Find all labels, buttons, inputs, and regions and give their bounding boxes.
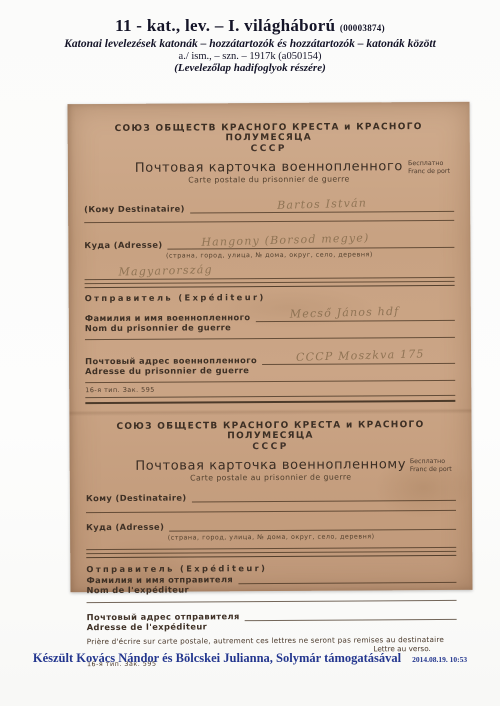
sender-address-label-fr: Adresse du prisonnier de guerre — [85, 364, 455, 376]
addressee-row: (Кому Destinataire) Bartos István — [84, 192, 454, 214]
sender-address-row: Почтовый адрес военнопленного CCCP Moszk… — [85, 344, 455, 366]
sender-address-line: CCCP Moszkva 175 — [262, 344, 455, 365]
blank-line — [85, 337, 455, 340]
page-title: 11 - kat., lev. – I. világháború (000038… — [0, 16, 500, 36]
country-handwriting: Magyarország — [84, 263, 213, 279]
card2-title: Почтовая карточка военнопленному — [86, 457, 456, 474]
sender-address-block: Почтовый адрес военнопленного CCCP Moszk… — [85, 344, 455, 376]
address-line-2: Magyarország — [84, 258, 454, 280]
sender-name-row: Фамилия и имя военнопленного Mecső János… — [85, 301, 455, 323]
section-divider — [86, 551, 456, 558]
blank-line — [85, 380, 455, 383]
card1-title: Почтовая карточка военнопленного — [84, 159, 454, 176]
credit-footer: Készült Kovács Nándor és Bölcskei Julian… — [0, 649, 500, 667]
postcard-front-upper: СОЮЗ ОБЩЕСТВ КРАСНОГО КРЕСТА и КРАСНОГО … — [68, 122, 472, 404]
sender-name-line: Mecső János hdf — [255, 301, 454, 322]
address-line: Hangony (Borsod megye) — [167, 228, 454, 250]
sender-address-line — [245, 609, 457, 621]
page-subtitle: Katonai levelezések katonák – hozzátarto… — [0, 38, 500, 50]
sender-block: Отправитель (Expéditeur) Фамилия и имя в… — [85, 291, 455, 333]
postage-free-stamp: Бесплатно Franc de port — [408, 160, 450, 176]
address-row-2: Magyarország — [84, 258, 454, 280]
sender-address-handwriting: CCCP Moszkva 175 — [262, 347, 425, 364]
address-row: Куда (Adresse) Hangony (Borsod megye) — [84, 228, 454, 250]
sender-name-label-fr: Nom de l'expéditeur — [86, 583, 456, 595]
red-cross-org-line: СОЮЗ ОБЩЕСТВ КРАСНОГО КРЕСТА и КРАСНОГО … — [84, 122, 454, 144]
sender-name-label-fr: Nom du prisonnier de guerre — [85, 321, 455, 333]
addressee-line — [192, 490, 456, 503]
postcard-scan: СОЮЗ ОБЩЕСТВ КРАСНОГО КРЕСТА и КРАСНОГО … — [68, 102, 473, 592]
addressee-label: Кому (Destinataire) — [86, 493, 187, 504]
sender-name-handwriting: Mecső János hdf — [255, 305, 399, 322]
print-shop-code: 16-я тип. Зак. 595 — [85, 384, 455, 394]
catalog-header: 11 - kat., lev. – I. világháború (000038… — [0, 16, 500, 74]
fold-crease — [69, 402, 471, 420]
blank-line — [86, 547, 456, 550]
sender-name-row: Фамилия и имя отправителя — [86, 572, 456, 585]
addressee-handwriting: Bartos István — [277, 196, 367, 211]
scanned-archive-page: 11 - kat., lev. – I. világháború (000038… — [0, 0, 500, 706]
sender-address-label: Почтовый адрес отправителя — [87, 611, 240, 622]
addressee-label: (Кому Destinataire) — [84, 204, 185, 215]
addressee-line: Bartos István — [190, 192, 454, 214]
postage-free-fr: Franc de port — [410, 466, 452, 474]
catalog-reference: a./ ism., – szn. – 1917k (a050154) — [0, 51, 500, 62]
card1-title-row: Почтовая карточка военнопленного Бесплат… — [84, 159, 454, 176]
sender-name-line — [238, 572, 456, 584]
sender-address-block: Почтовый адрес отправителя Adresse de l'… — [87, 609, 457, 632]
catalog-number: (00003874) — [340, 23, 385, 33]
card2-title-row: Почтовая карточка военнопленному Бесплат… — [86, 457, 456, 474]
postage-free-stamp: Бесплатно Franc de port — [410, 458, 452, 474]
sender-block: Отправитель (Expéditeur) Фамилия и имя о… — [86, 562, 456, 595]
address-label: Куда (Adresse) — [84, 240, 162, 250]
address-line — [169, 519, 456, 532]
blank-line — [87, 600, 457, 603]
ussr-line: СССР — [86, 441, 456, 453]
postcard-front-lower: СОЮЗ ОБЩЕСТВ КРАСНОГО КРЕСТА и КРАСНОГО … — [69, 420, 472, 668]
postage-free-fr: Franc de port — [408, 168, 450, 176]
red-cross-org-line: СОЮЗ ОБЩЕСТВ КРАСНОГО КРЕСТА и КРАСНОГО … — [85, 420, 455, 442]
addressee-row: Кому (Destinataire) — [86, 490, 456, 503]
blank-line — [84, 220, 454, 223]
sender-address-row: Почтовый адрес отправителя — [87, 609, 457, 622]
timestamp: 2014.08.19. 10:53 — [412, 655, 467, 664]
document-type-note: (Levelezőlap hadifoglyok részére) — [0, 62, 500, 74]
section-divider — [85, 281, 455, 288]
credit-text: Készült Kovács Nándor és Bölcskei Julian… — [33, 651, 401, 665]
blank-line — [86, 510, 456, 513]
address-hint: (страна, город, улица, № дома, округ, се… — [86, 532, 456, 542]
postage-free-ru: Бесплатно — [410, 458, 452, 466]
sender-address-label-fr: Adresse de l'expéditeur — [87, 620, 457, 632]
page-title-text: 11 - kat., lev. – I. világháború — [115, 16, 335, 35]
postage-free-ru: Бесплатно — [408, 160, 450, 168]
sender-name-label: Фамилия и имя отправителя — [86, 574, 233, 585]
address-row: Куда (Adresse) — [86, 519, 456, 532]
address-handwriting: Hangony (Borsod megye) — [167, 231, 369, 249]
ussr-line: СССР — [84, 143, 454, 155]
address-label: Куда (Adresse) — [86, 522, 164, 532]
